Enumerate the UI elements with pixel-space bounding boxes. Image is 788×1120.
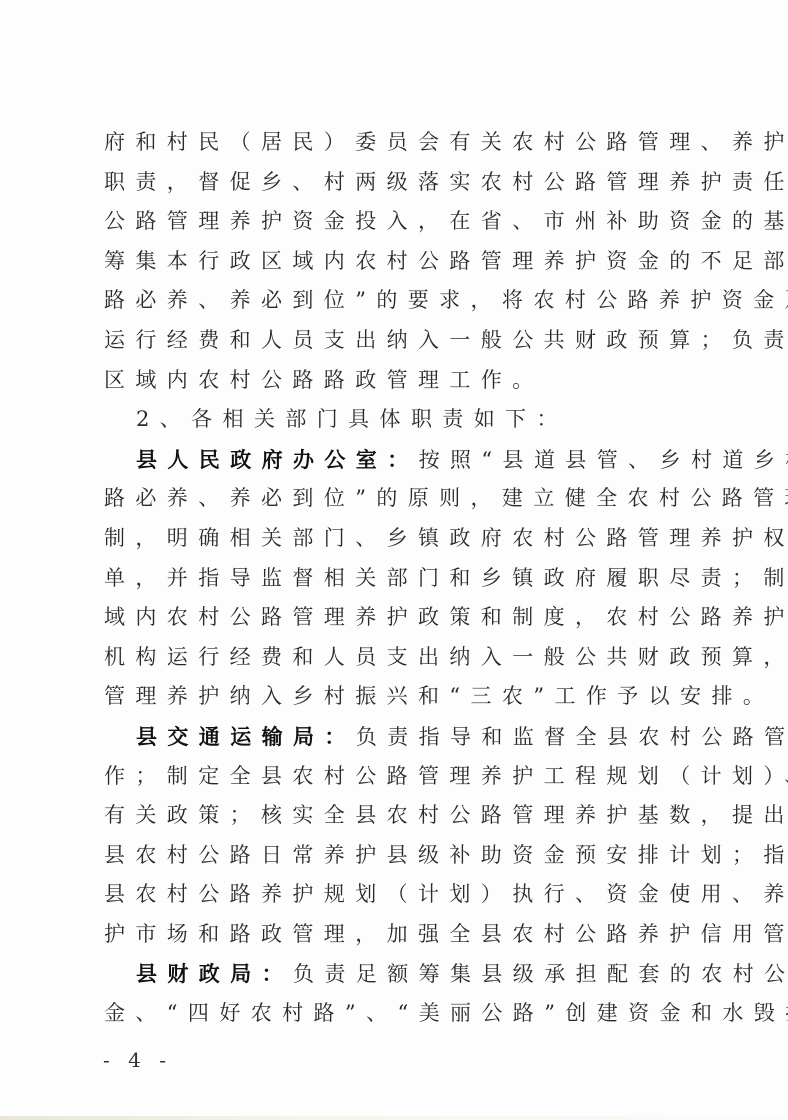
section-heading: 2、各相关部门具体职责如下： [104,400,684,440]
paragraph-line: 护市场和路政管理，加强全县农村公路养护信用管理。 [104,915,684,955]
paragraph-line: 金、“四好农村路”、“美丽公路”创建资金和水毁抢险保通资金， [104,994,684,1034]
paragraph-line: 公路管理养护资金投入，在省、市州补助资金的基础上，负责 [104,202,684,242]
finance-bureau-first-line: 县财政局：负责足额筹集县级承担配套的农村公路养护资 [104,954,684,994]
paragraph-line: 域内农村公路管理养护政策和制度，农村公路养护资金及管理 [104,598,684,638]
finance-bureau-label: 县财政局： [136,961,293,986]
transport-bureau-first-line: 县交通运输局：负责指导和监督全县农村公路管理养护工 [104,717,684,757]
paragraph-line: 路必养、养必到位”的要求，将农村公路养护资金及管理机构 [104,281,684,321]
document-page: 府和村民（居民）委员会有关农村公路管理、养护方面的具体 职责，督促乡、村两级落实… [0,0,788,1120]
page-number: - 4 - [103,1048,172,1072]
document-body: 府和村民（居民）委员会有关农村公路管理、养护方面的具体 职责，督促乡、村两级落实… [104,123,684,1034]
paragraph-line: 机构运行经费和人员支出纳入一般公共财政预算，把农村公路 [104,638,684,678]
transport-bureau-label: 县交通运输局： [136,724,356,749]
paragraph-line: 路必养、养必到位”的原则，建立健全农村公路管理养护责任 [104,479,684,519]
paragraph-line: 制，明确相关部门、乡镇政府农村公路管理养护权力和责任清 [104,519,684,559]
paragraph-line: 筹集本行政区域内农村公路管理养护资金的不足部分，按照“有 [104,242,684,282]
finance-bureau-text: 负责足额筹集县级承担配套的农村公路养护资 [293,962,788,986]
county-office-text: 按照“县道县管、乡村道乡村管”“有 [419,448,788,472]
paragraph-line: 单，并指导监督相关部门和乡镇政府履职尽责；制定本行政区 [104,559,684,599]
paragraph-line: 职责，督促乡、村两级落实农村公路管理养护责任；保障农村 [104,163,684,203]
scan-edge [0,1116,788,1120]
paragraph-line: 作；制定全县农村公路管理养护工程规划（计划）、规章制度和 [104,757,684,797]
paragraph-line: 县农村公路养护规划（计划）执行、资金使用、养护质量、养 [104,875,684,915]
paragraph-line: 府和村民（居民）委员会有关农村公路管理、养护方面的具体 [104,123,684,163]
paragraph-line: 运行经费和人员支出纳入一般公共财政预算；负责组织本行政 [104,321,684,361]
paragraph-line: 管理养护纳入乡村振兴和“三农”工作予以安排。 [104,677,684,717]
paragraph-line: 有关政策；核实全县农村公路管理养护基数，提出下一年度全 [104,796,684,836]
transport-bureau-text: 负责指导和监督全县农村公路管理养护工 [356,725,788,749]
county-office-first-line: 县人民政府办公室：按照“县道县管、乡村道乡村管”“有 [104,440,684,480]
paragraph-line: 区域内农村公路路政管理工作。 [104,361,684,401]
county-office-label: 县人民政府办公室： [136,447,419,472]
paragraph-line: 县农村公路日常养护县级补助资金预安排计划；指导和监督全 [104,836,684,876]
